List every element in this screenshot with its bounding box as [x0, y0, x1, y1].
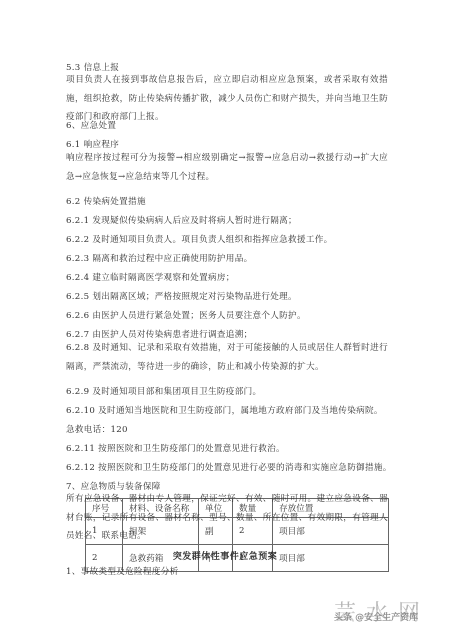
watermark: 芸水网 头条 @安全生产资库 — [334, 596, 444, 632]
list-item: 6.2.9 及时通知项目部和集团项目卫生防疫部门。 — [66, 386, 261, 398]
section-6-1-body: 响应程序按过程可分为接警→相应级别确定→报警→应急启动→救援行动→扩大应急→应急… — [66, 149, 388, 186]
next-section-1-heading: 1、事故类型及危险程度分析 — [66, 566, 179, 578]
emergency-phone: 急救电话：120 — [66, 424, 128, 436]
list-item: 6.2.4 建立临时隔离医学观察和处置病房； — [66, 272, 235, 284]
list-item: 6.2.5 划出隔离区域；严格按照规定对污染物品进行处理。 — [66, 291, 297, 303]
section-5-3-body: 项目负责人在接到事故信息报告后，应立即启动相应应急预案，或者采取有效措施，组织抢… — [66, 71, 388, 127]
list-item: 6.2.10 及时通知当地医院和卫生防疫部门，属地地方政府部门及当地传染病院。 — [66, 405, 383, 417]
section-7-body: 所有应急设备、器材由专人管理，保证完好、有效、随时可用。建立应急设备、器材台账，… — [66, 490, 388, 546]
watermark-overlay: 头条 @安全生产资库 — [334, 610, 418, 623]
list-item: 6.2.1 发现疑似传染病病人后应及时将病人暂时进行隔离； — [66, 215, 297, 227]
next-document-title: 突发群体性事件应急预案 — [0, 549, 450, 562]
list-item: 6.2.3 隔离和救治过程中应正确使用防护用品。 — [66, 253, 253, 265]
list-item: 6.2.8 及时通知、记录和采取有效措施，对于可能接触的人员或居住人群暂时进行隔… — [66, 339, 388, 376]
section-6-2-heading: 6.2 传染病处置措施 — [66, 196, 146, 208]
list-item: 6.2.11 按照医院和卫生防疫部门的处置意见进行救治。 — [66, 443, 285, 455]
list-item: 6.2.6 由医护人员进行紧急处置；医务人员要注意个人防护。 — [66, 310, 306, 322]
section-6-heading: 6、应急处置 — [66, 120, 116, 132]
list-item: 6.2.2 及时通知项目负责人。项目负责人组织和指挥应急救援工作。 — [66, 234, 333, 246]
document-page: 5.3 信息上报 项目负责人在接到事故信息报告后，应立即启动相应应急预案，或者采… — [0, 0, 450, 636]
list-item: 6.2.12 按照医院和卫生防疫部门的处置意见进行必要的消毒和实施应急防御措施。 — [66, 462, 392, 474]
